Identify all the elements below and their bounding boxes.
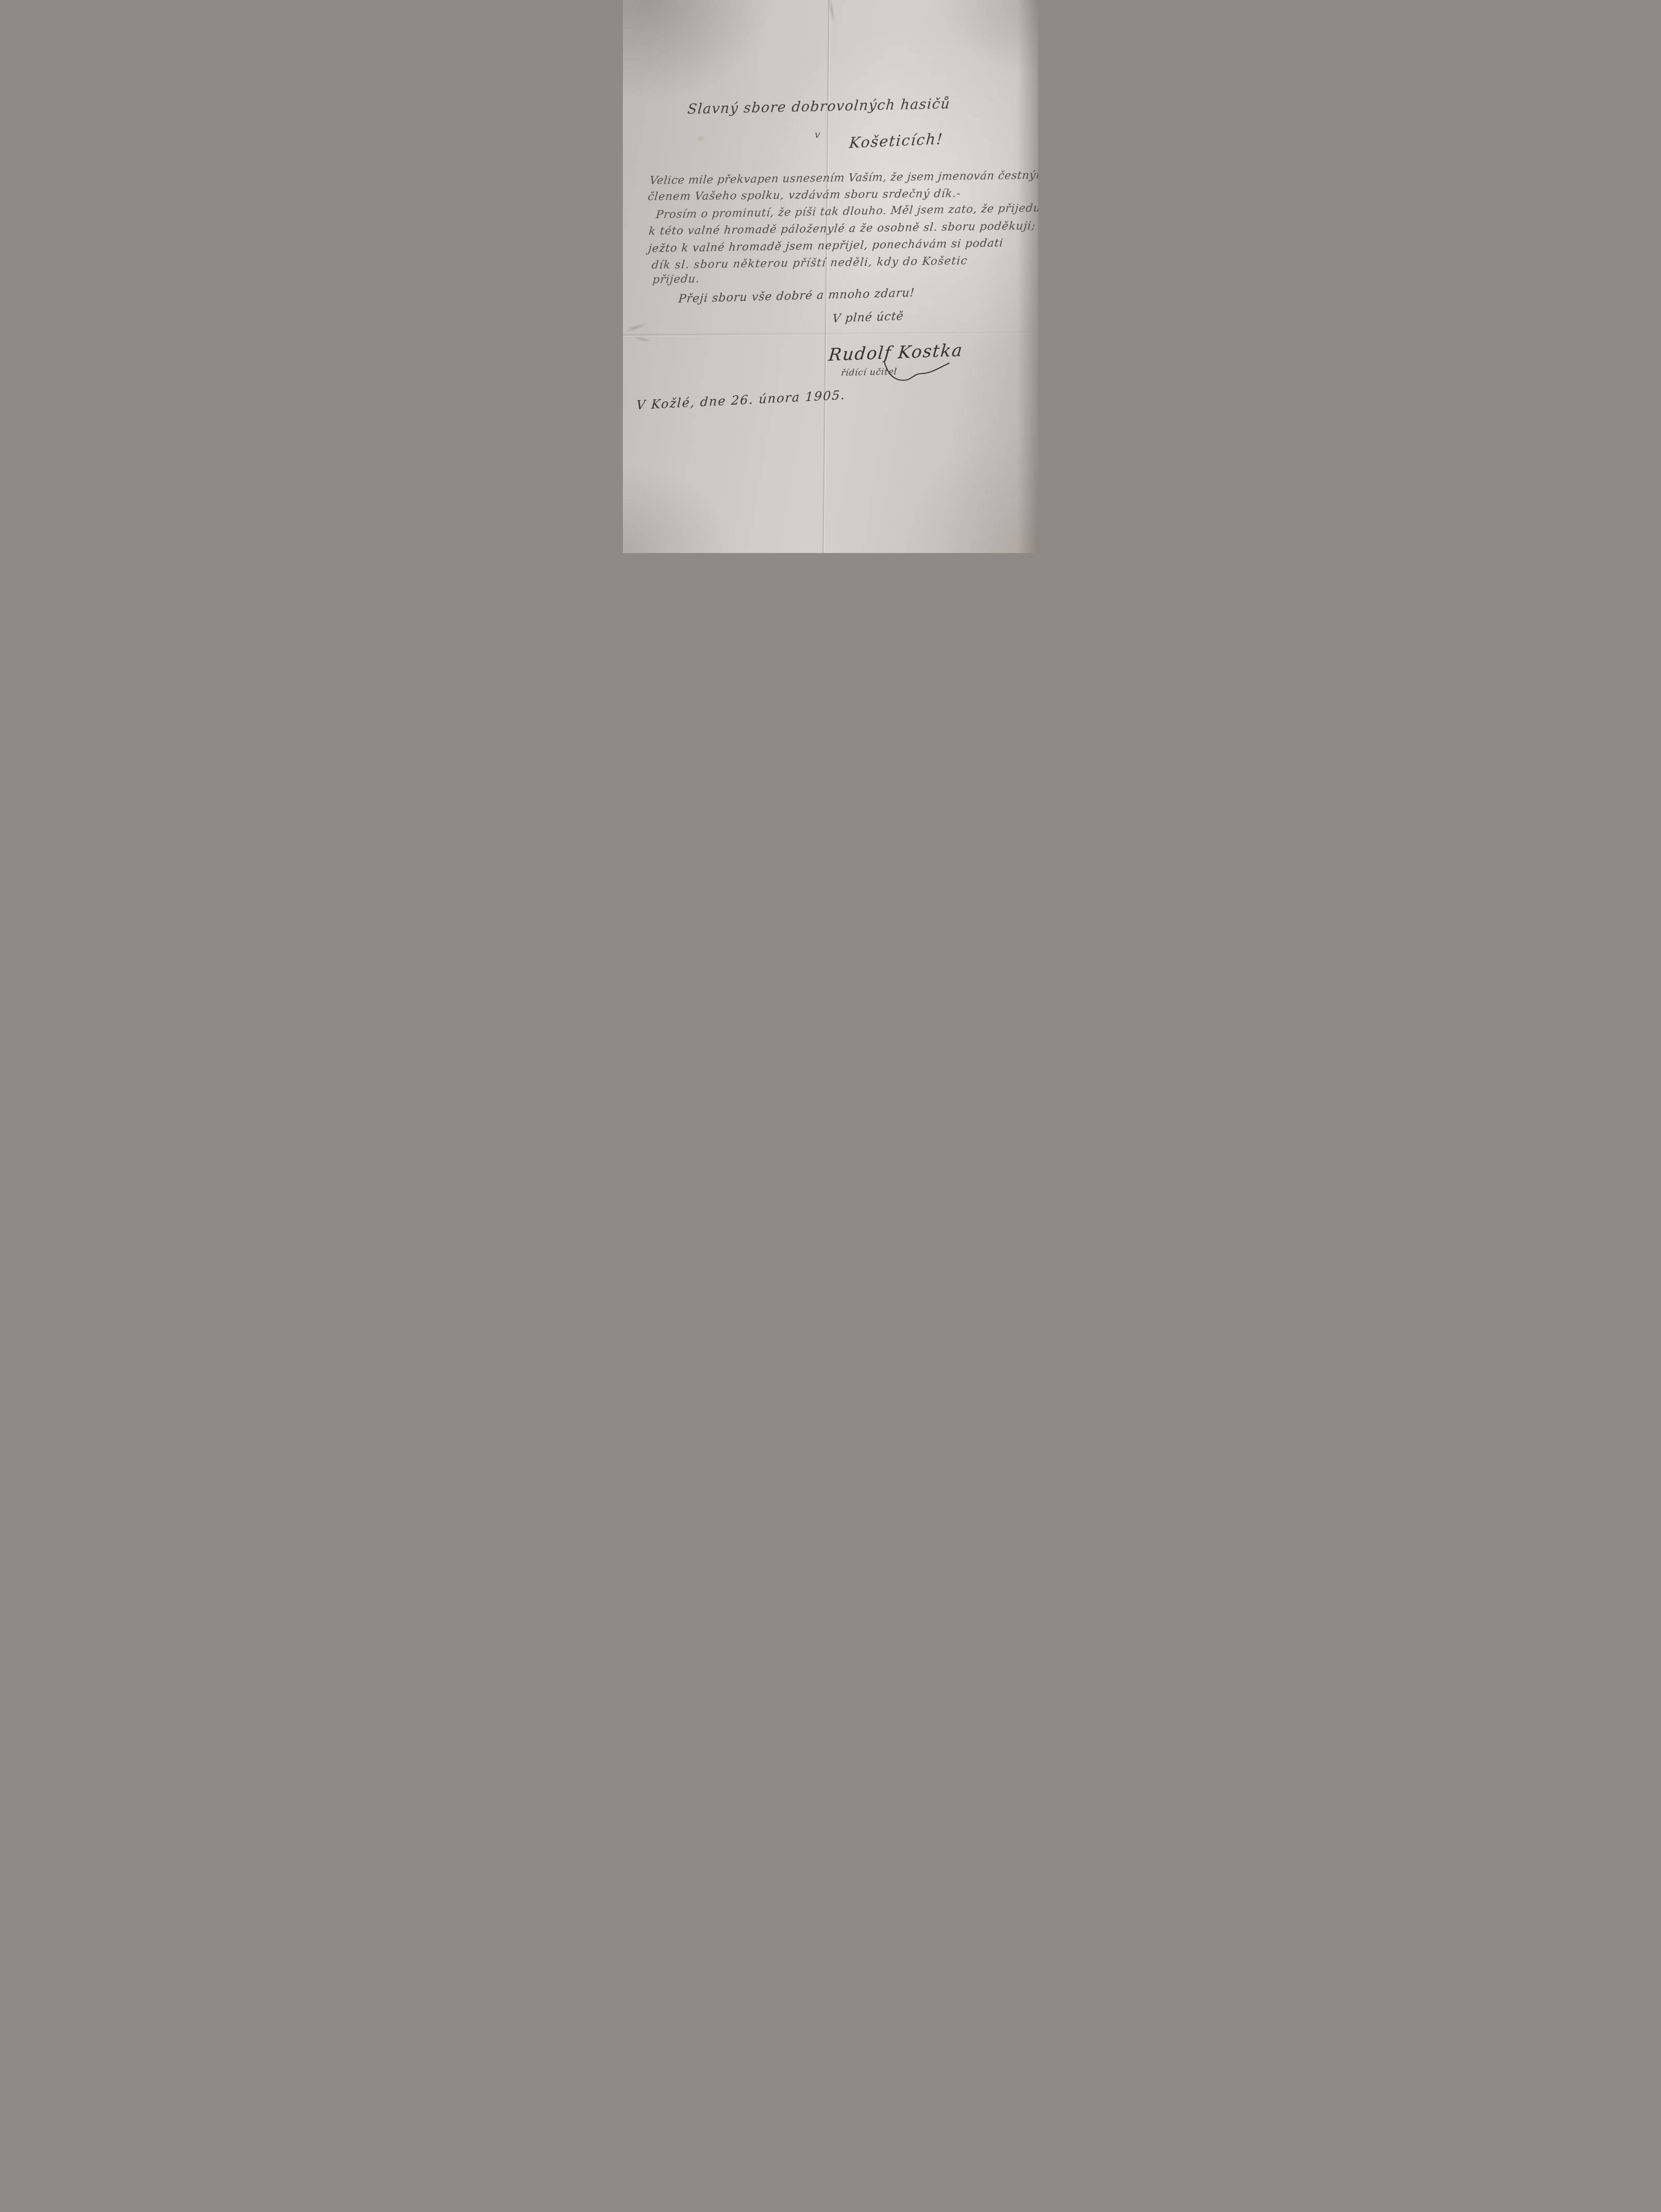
vertical-fold-crease <box>822 0 831 553</box>
letter-heading-line1: Slavný sbore dobrovolných hasičů <box>687 97 951 116</box>
closing-salutation: V plné úctě <box>832 310 904 324</box>
letter-heading-preposition: v <box>814 129 820 139</box>
letter-paper: Slavný sbore dobrovolných hasičů v Košet… <box>623 0 1038 553</box>
body-line: k této valné hromadě páloženylé a že oso… <box>648 221 1036 237</box>
signer-title: řídící učitel <box>841 367 897 377</box>
body-line: Velice mile překvapen usnesením Vaším, ž… <box>649 170 1038 187</box>
body-line: členem Vašeho spolku, vzdávám sboru srde… <box>647 188 961 202</box>
body-line: přijedu. <box>653 274 701 286</box>
body-line: Prosím o prominutí, že píši tak dlouho. … <box>655 203 1038 221</box>
horizontal-fold-crease <box>623 331 1038 337</box>
letter-heading-location: Košeticích! <box>849 132 944 151</box>
paper-wrinkle <box>824 0 838 31</box>
body-line: ježto k valné hromadě jsem nepřijel, pon… <box>648 238 1004 254</box>
body-line: dík sl. sboru některou příští neděli, kd… <box>651 255 968 271</box>
paper-stain <box>695 134 707 144</box>
well-wish-line: Přeji sboru vše dobré a mnoho zdaru! <box>678 287 915 304</box>
dateline: V Kožlé, dne 26. února 1905. <box>636 389 846 411</box>
